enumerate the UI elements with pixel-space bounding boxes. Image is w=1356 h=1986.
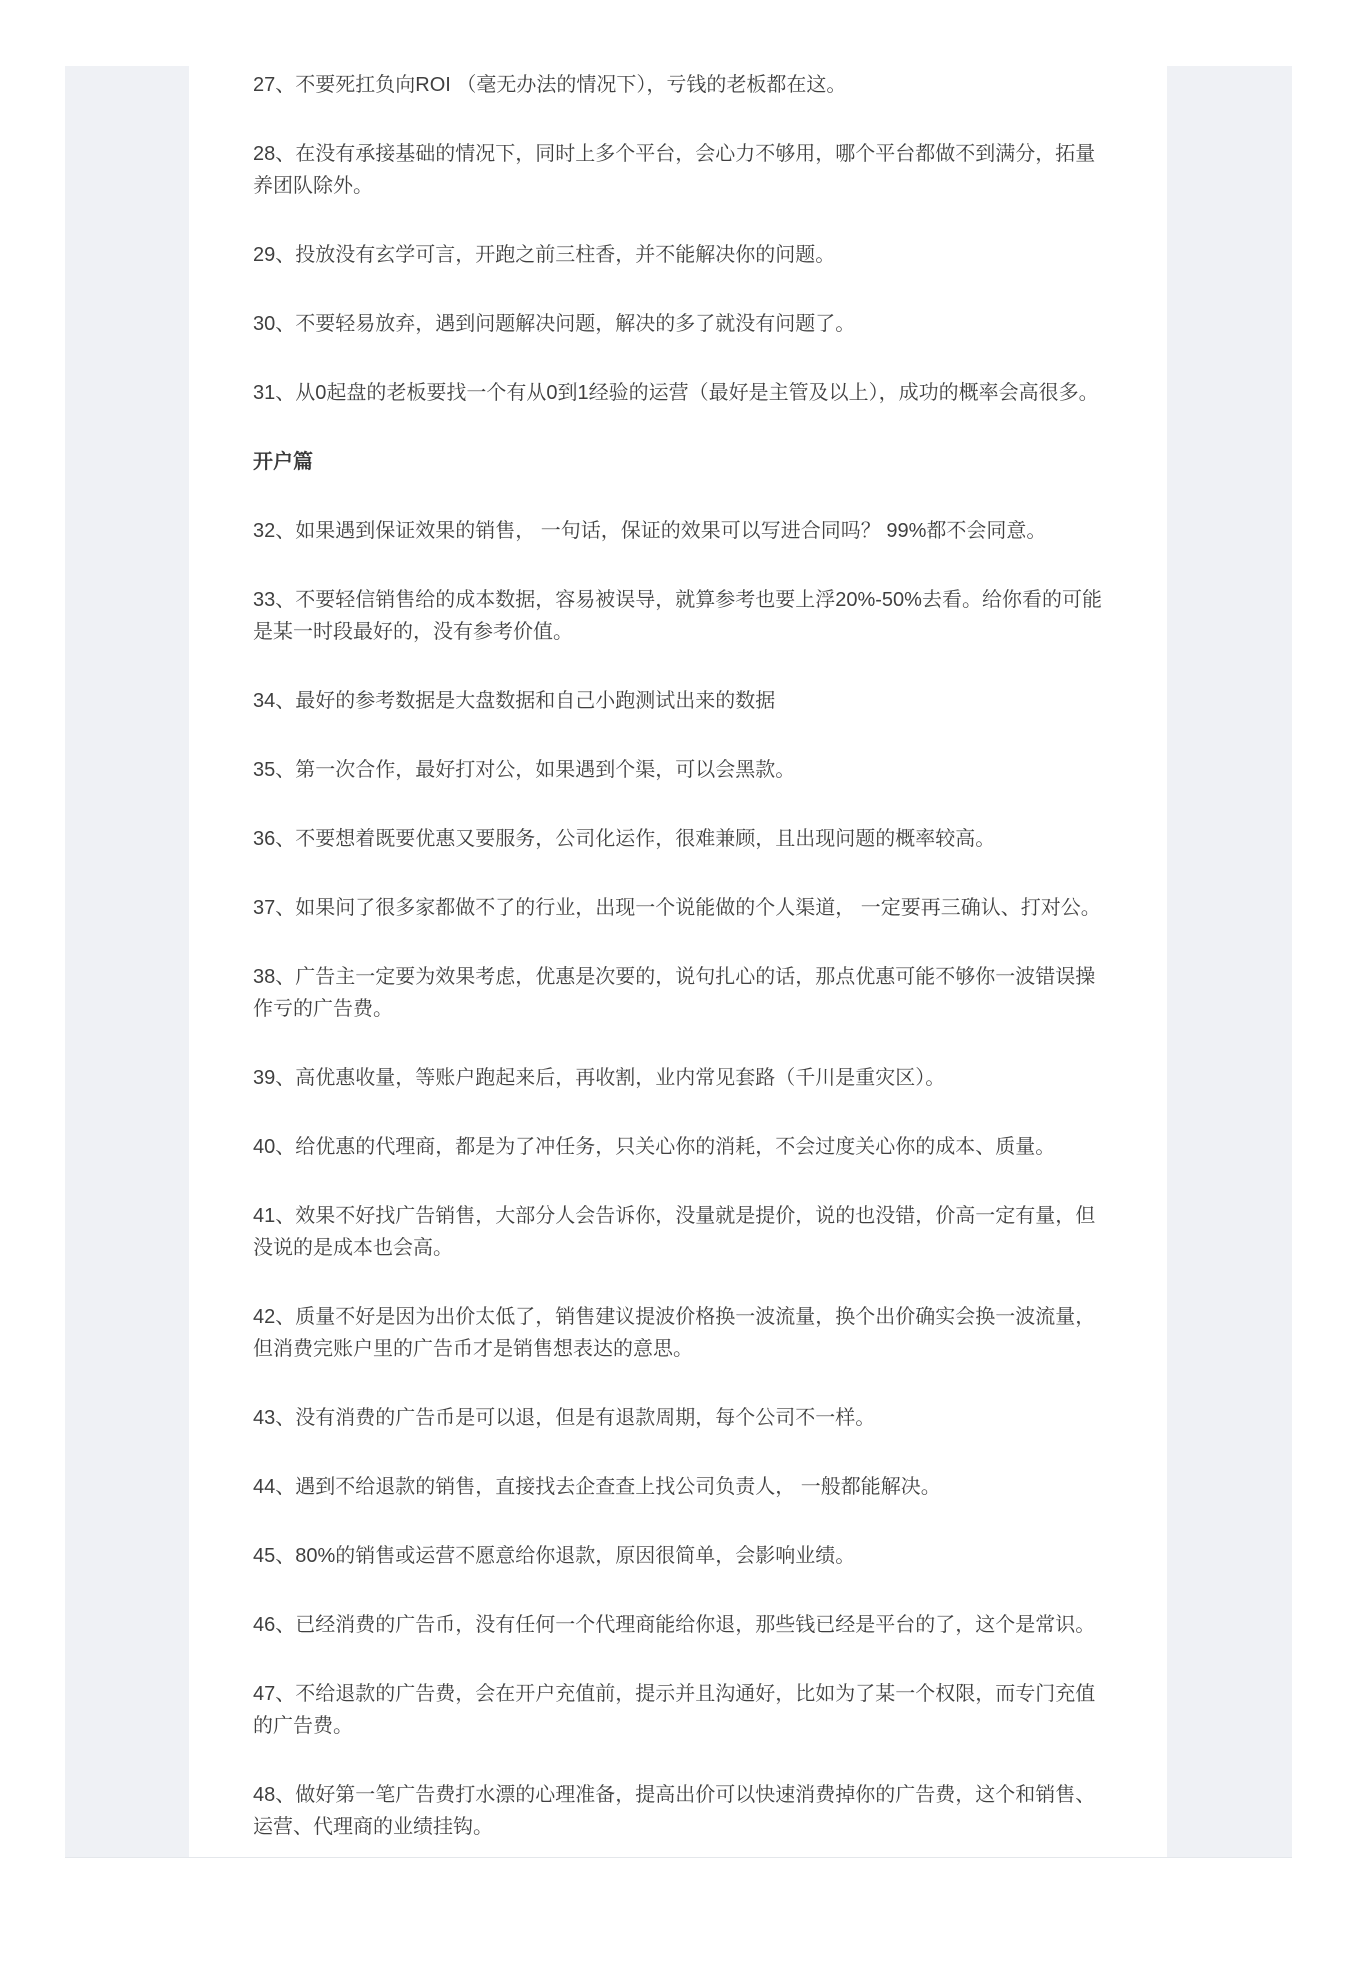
list-item: 46、已经消费的广告币，没有任何一个代理商能给你退，那些钱已经是平台的了，这个是… (253, 1609, 1103, 1641)
list-item: 33、不要轻信销售给的成本数据，容易被误导，就算参考也要上浮20%-50%去看。… (253, 584, 1103, 648)
article-card: 27、不要死扛负向ROI （毫无办法的情况下），亏钱的老板都在这。28、在没有承… (189, 66, 1167, 1857)
list-item: 41、效果不好找广告销售，大部分人会告诉你，没量就是提价，说的也没错，价高一定有… (253, 1200, 1103, 1264)
list-item: 29、投放没有玄学可言，开跑之前三柱香，并不能解决你的问题。 (253, 239, 1103, 271)
list-item: 45、80%的销售或运营不愿意给你退款，原因很简单，会影响业绩。 (253, 1540, 1103, 1572)
list-item: 39、高优惠收量，等账户跑起来后，再收割，业内常见套路（千川是重灾区）。 (253, 1062, 1103, 1094)
list-item: 43、没有消费的广告币是可以退，但是有退款周期，每个公司不一样。 (253, 1402, 1103, 1434)
list-item: 36、不要想着既要优惠又要服务，公司化运作，很难兼顾，且出现问题的概率较高。 (253, 823, 1103, 855)
list-item: 47、不给退款的广告费，会在开户充值前，提示并且沟通好，比如为了某一个权限，而专… (253, 1678, 1103, 1742)
list-item: 30、不要轻易放弃，遇到问题解决问题，解决的多了就没有问题了。 (253, 308, 1103, 340)
page-background-band: 27、不要死扛负向ROI （毫无办法的情况下），亏钱的老板都在这。28、在没有承… (65, 66, 1292, 1858)
list-item: 27、不要死扛负向ROI （毫无办法的情况下），亏钱的老板都在这。 (253, 69, 1103, 101)
list-item: 35、第一次合作，最好打对公，如果遇到个渠，可以会黑款。 (253, 754, 1103, 786)
list-item: 34、最好的参考数据是大盘数据和自己小跑测试出来的数据 (253, 685, 1103, 717)
article-content: 27、不要死扛负向ROI （毫无办法的情况下），亏钱的老板都在这。28、在没有承… (253, 69, 1103, 1843)
list-item: 42、质量不好是因为出价太低了，销售建议提波价格换一波流量，换个出价确实会换一波… (253, 1301, 1103, 1365)
list-item: 31、从0起盘的老板要找一个有从0到1经验的运营（最好是主管及以上），成功的概率… (253, 377, 1103, 409)
list-item: 28、在没有承接基础的情况下，同时上多个平台，会心力不够用，哪个平台都做不到满分… (253, 138, 1103, 202)
list-item: 44、遇到不给退款的销售，直接找去企查查上找公司负责人， 一般都能解决。 (253, 1471, 1103, 1503)
list-item: 48、做好第一笔广告费打水漂的心理准备，提高出价可以快速消费掉你的广告费，这个和… (253, 1779, 1103, 1843)
list-item: 37、如果问了很多家都做不了的行业，出现一个说能做的个人渠道， 一定要再三确认、… (253, 892, 1103, 924)
list-item: 40、给优惠的代理商，都是为了冲任务，只关心你的消耗，不会过度关心你的成本、质量… (253, 1131, 1103, 1163)
list-item: 38、广告主一定要为效果考虑，优惠是次要的，说句扎心的话，那点优惠可能不够你一波… (253, 961, 1103, 1025)
page-viewport: 27、不要死扛负向ROI （毫无办法的情况下），亏钱的老板都在这。28、在没有承… (0, 66, 1356, 1986)
section-heading: 开户篇 (253, 446, 1103, 478)
list-item: 32、如果遇到保证效果的销售， 一句话，保证的效果可以写进合同吗？ 99%都不会… (253, 515, 1103, 547)
